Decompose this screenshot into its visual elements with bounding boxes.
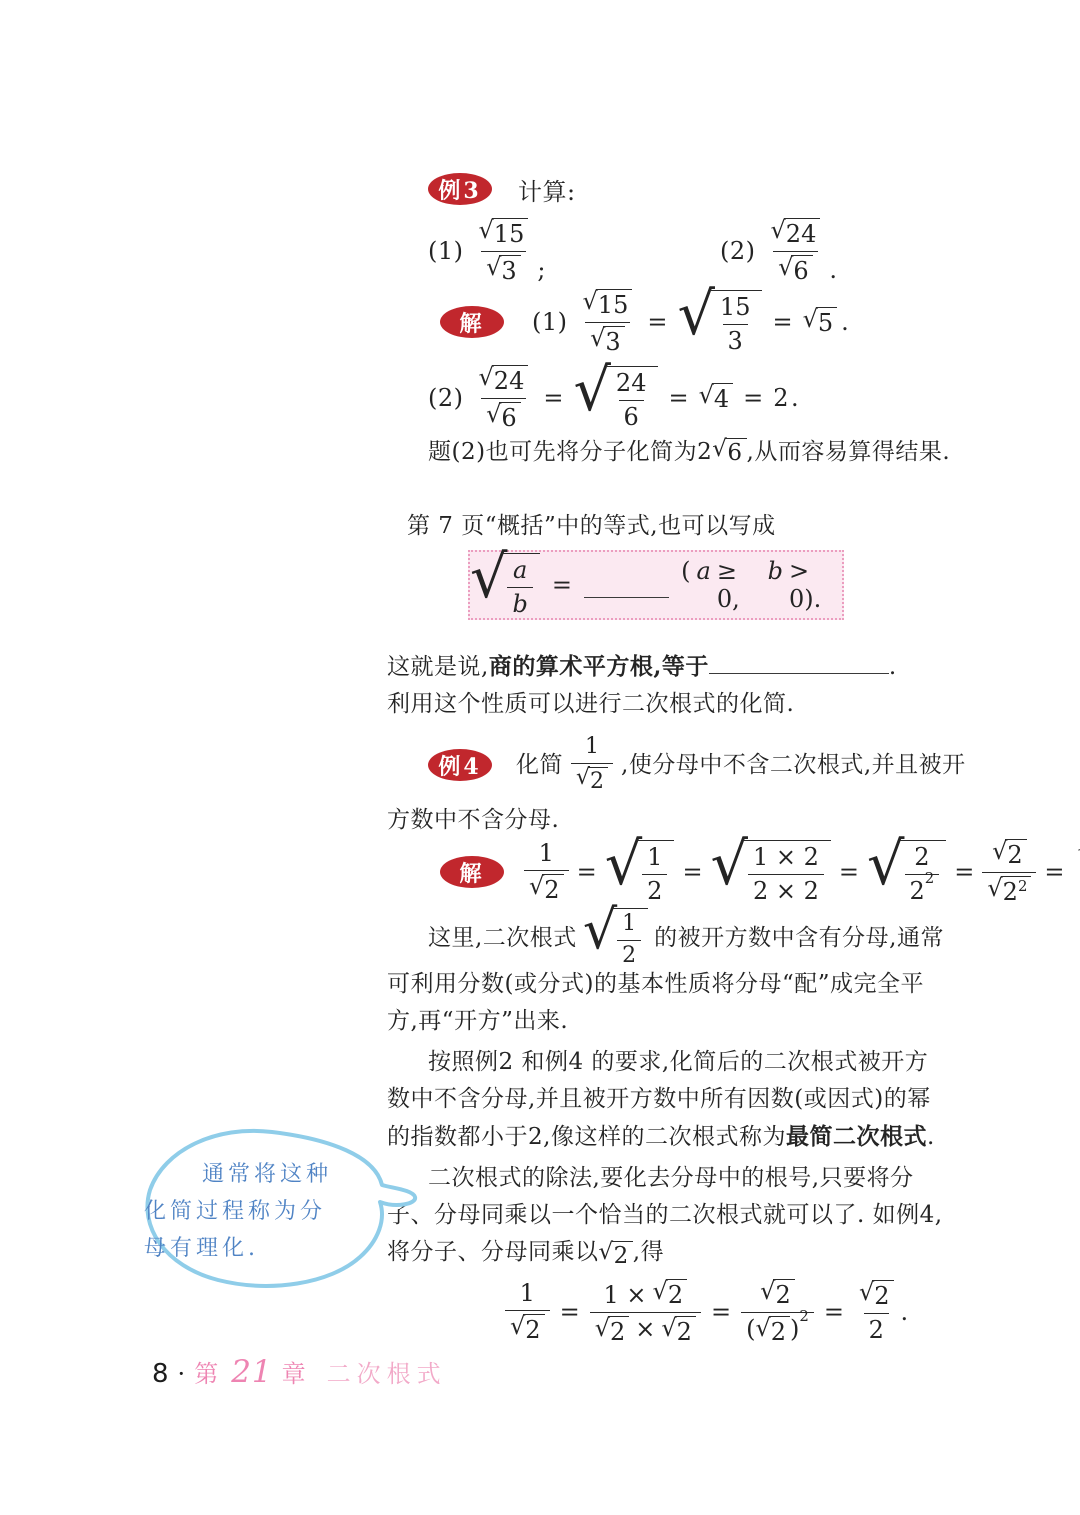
punctuation: .: [841, 308, 849, 336]
condition-text: > 0).: [789, 557, 842, 613]
equals-sign: =: [668, 384, 688, 412]
statement-bold: 商的算术平方根,等于: [489, 653, 709, 680]
radical: √15: [479, 218, 529, 248]
equals-sign: =: [954, 858, 974, 886]
example3-solution-1: 解 (1) √15 √3 = √153 = √5 .: [440, 292, 987, 352]
radical: √2: [510, 1314, 545, 1344]
paragraph-text: 的指数都小于2,像这样的二次根式称为: [387, 1124, 786, 1150]
textbook-page: 例3 计算: (1) √15 √3 ; (2) √24 √6 .: [0, 0, 1080, 1515]
statement-text: 这就是说,: [387, 654, 489, 680]
fraction: 12: [617, 912, 641, 968]
page-footer: 8 · 第 21 章 二次根式: [152, 1354, 447, 1390]
paragraph-text: 的被开方数中含有分母,通常: [654, 920, 944, 957]
fraction: √2 (√2)2: [741, 1279, 814, 1346]
equals-sign: =: [772, 308, 792, 336]
equals-sign: =: [577, 858, 597, 886]
paragraph-3-line-1: 二次根式的除法,要化去分母中的根号,只要将分: [387, 1160, 987, 1197]
radical: √22: [987, 876, 1031, 906]
radical: √3: [486, 255, 521, 285]
fraction: √2 2: [854, 1280, 899, 1344]
fraction: 222: [905, 844, 940, 905]
radical: √2: [755, 1316, 790, 1346]
radical: √4: [699, 383, 734, 413]
final-equation: 1 √2 = 1 ×√2 √2×√2 = √2 (√2)2 = √2 2 .: [505, 1281, 987, 1343]
example3-header: 例3 计算:: [428, 172, 987, 206]
punctuation: .: [901, 1298, 909, 1326]
bridge-intro: 第 7 页“概括”中的等式,也可以写成: [407, 508, 987, 544]
equals-sign: =: [647, 308, 667, 336]
solution-badge: 解: [440, 856, 504, 888]
equals-sign: =: [824, 1298, 844, 1326]
example4-text: 方数中不含分母.: [387, 807, 559, 833]
radical: √6: [778, 255, 813, 285]
fill-in-blank: [584, 573, 669, 598]
radical: √2: [576, 767, 608, 795]
condition: (a ≥ 0, b > 0).: [681, 557, 842, 613]
statement-line-2: 利用这个性质可以进行二次根式的化简.: [387, 686, 987, 722]
example4-badge: 例4: [428, 749, 492, 781]
problem-2: (2) √24 √6 .: [720, 218, 837, 285]
equals-sign: =: [743, 384, 763, 412]
condition-text: ≥ 0,: [717, 557, 762, 613]
equals-sign: =: [711, 1298, 731, 1326]
paragraph-text: 这里,二次根式: [387, 920, 577, 957]
radical: √246: [573, 366, 658, 431]
radical: √12: [605, 840, 675, 905]
radical: √3: [590, 326, 625, 356]
equals-sign: =: [552, 571, 572, 599]
fraction: 12: [642, 844, 667, 905]
fill-in-blank: [709, 650, 889, 674]
radical: √2: [595, 1316, 630, 1346]
paragraph-1-line-1: 这里,二次根式 √12 的被开方数中含有分母,通常: [387, 910, 987, 966]
equals-sign: =: [1044, 858, 1064, 886]
example3-problems: (1) √15 √3 ; (2) √24 √6 .: [387, 220, 987, 282]
chapter-number: 21: [231, 1354, 272, 1390]
statement-line: 这就是说,商的算术平方根,等于.: [387, 648, 987, 684]
radical: √2: [653, 1279, 688, 1309]
example3-solution-2: (2) √24 √6 = √246 = √4 = 2 .: [428, 368, 987, 428]
equals-sign: =: [839, 858, 859, 886]
problem-2-label: (2): [720, 237, 756, 265]
fraction: 246: [611, 370, 652, 431]
radical: √5: [803, 307, 838, 337]
times-sign: ×: [635, 1316, 655, 1343]
chapter-suffix: 章: [282, 1354, 310, 1389]
radical: √2: [599, 1241, 633, 1270]
radical: √1 × 22 × 2: [711, 840, 831, 905]
fraction: 153: [715, 294, 756, 355]
paragraph-2-line-3: 的指数都小于2,像这样的二次根式称为最简二次根式.: [387, 1118, 987, 1156]
fraction: 1 × 22 × 2: [748, 844, 824, 905]
equals-sign: =: [543, 384, 563, 412]
paragraph-2-line-1: 按照例2 和例4 的要求,化简后的二次根式被开方: [387, 1044, 987, 1081]
condition-text: (: [681, 557, 690, 585]
fraction: 1 √2: [505, 1280, 550, 1344]
fraction: √24 √6: [766, 218, 826, 285]
radical: √ab: [470, 553, 540, 618]
radical: √2: [529, 874, 564, 904]
equals-sign: =: [560, 1298, 580, 1326]
punctuation: .: [889, 654, 897, 680]
equals-sign: =: [682, 858, 702, 886]
punctuation: .: [829, 256, 837, 284]
bubble-line: 通常将这种: [144, 1156, 384, 1193]
footer-separator: ·: [178, 1360, 186, 1388]
fraction: 1 √2: [571, 735, 613, 794]
problem-1-label: (1): [428, 237, 464, 265]
variable-b: b: [768, 557, 783, 585]
note-text: 题(2)也可先将分子化简为2: [428, 434, 712, 471]
bridge-intro-text: 第 7 页“概括”中的等式,也可以写成: [407, 513, 776, 539]
example4-header: 例4 化简 1 √2 ,使分母中不含二次根式,并且被开: [428, 734, 987, 796]
example4-text: 化简: [516, 747, 563, 784]
paragraph-2-line-2: 数中不含分母,并且被开方数中所有因数(或因式)的幂: [387, 1081, 987, 1118]
fraction: √15 √3: [474, 218, 534, 285]
radical: √153: [677, 290, 762, 355]
fraction: ab: [507, 557, 532, 618]
radical: √24: [771, 218, 821, 248]
radical: √15: [583, 289, 633, 319]
bubble-line: 化简过程称为分: [144, 1193, 384, 1230]
example3-prompt: 计算:: [518, 172, 576, 207]
radical: √2: [661, 1316, 696, 1346]
radical: √24: [479, 365, 529, 395]
bubble-line: 母有理化.: [144, 1230, 384, 1267]
solution-badge: 解: [440, 306, 504, 338]
solution-1-label: (1): [532, 308, 568, 336]
radical: √2: [859, 1280, 894, 1310]
paragraph-3-line-3: 将分子、分母同乘以√2,得: [387, 1234, 987, 1271]
radical: √6: [486, 402, 521, 432]
note-text: ,从而容易算得结果.: [747, 434, 951, 471]
solution-2-label: (2): [428, 384, 464, 412]
example4-solution: 解 1 √2 = √12 = √1 × 22 × 2 = √222 = √2 √…: [440, 840, 987, 904]
punctuation: .: [791, 384, 799, 412]
fraction: √24 √6: [474, 365, 534, 432]
example4-text: ,使分母中不含二次根式,并且被开: [621, 747, 966, 784]
paragraph-1-line-3: 方,再“开方”出来.: [387, 1003, 987, 1040]
radical: √12: [583, 908, 648, 968]
fraction: 1 √2: [524, 840, 569, 904]
punctuation: .: [927, 1124, 935, 1150]
chapter-prefix: 第: [194, 1354, 222, 1389]
paragraph-3-line-2: 子、分母同乘以一个恰当的二次根式就可以了. 如例4,: [387, 1197, 987, 1234]
example3-note: 题(2)也可先将分子化简为2√6,从而容易算得结果.: [428, 434, 987, 470]
variable-a: a: [697, 557, 711, 585]
fraction: 1 ×√2 √2×√2: [590, 1279, 701, 1346]
chapter-title: 二次根式: [327, 1354, 447, 1389]
paragraph-1-line-2: 可利用分数(或分式)的基本性质将分母“配”成完全平: [387, 966, 987, 1003]
result: 2: [773, 384, 789, 412]
fraction: √2 2: [1073, 840, 1080, 904]
example3-badge: 例3: [428, 173, 492, 205]
fraction: √15 √3: [578, 289, 638, 356]
page-number: 8: [152, 1359, 169, 1389]
fraction: √2 √22: [982, 839, 1036, 906]
radical: √222: [867, 840, 946, 905]
formula-box: √ab = (a ≥ 0, b > 0).: [468, 550, 844, 620]
paragraph-text: ,得: [633, 1239, 664, 1265]
punctuation: ;: [537, 256, 546, 284]
speech-bubble-text: 通常将这种 化简过程称为分 母有理化.: [144, 1156, 384, 1267]
radical: √2: [760, 1279, 795, 1309]
radical: √6: [712, 438, 746, 467]
main-content: 例3 计算: (1) √15 √3 ; (2) √24 √6 .: [387, 172, 987, 1343]
problem-1: (1) √15 √3 ;: [428, 218, 546, 285]
radical: √2: [992, 839, 1027, 869]
key-term: 最简二次根式: [786, 1123, 927, 1150]
statement-text: 利用这个性质可以进行二次根式的化简.: [387, 691, 794, 717]
